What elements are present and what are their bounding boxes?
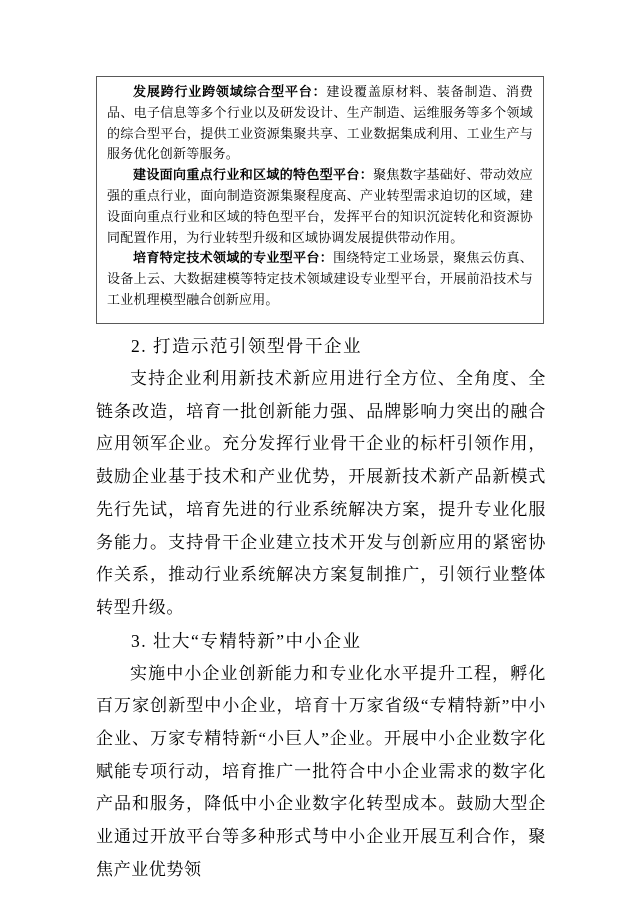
platform-types-box: 发展跨行业跨领域综合型平台：建设覆盖原材料、装备制造、消费品、电子信息等多个行业…: [96, 76, 544, 324]
section-3-body: 实施中小企业创新能力和专业化水平提升工程，孵化百万家创新型中小企业，培育十万家省…: [96, 658, 546, 887]
box-paragraph-professional-platform: 培育特定技术领域的专业型平台：围绕特定工业场景，聚焦云仿真、设备上云、大数据建模…: [107, 248, 533, 310]
box-paragraph-lead: 发展跨行业跨领域综合型平台：: [133, 84, 326, 99]
section-3-heading: 3. 壮大“专精特新”中小企业: [96, 625, 546, 658]
section-2-body: 支持企业利用新技术新应用进行全方位、全角度、全链条改造，培育一批创新能力强、品牌…: [96, 363, 546, 625]
page-number: 14: [0, 824, 640, 839]
box-paragraph-lead: 培育特定技术领域的专业型平台：: [133, 250, 333, 265]
box-paragraph-characteristic-platform: 建设面向重点行业和区域的特色型平台：聚焦数字基础好、带动效应强的重点行业，面向制…: [107, 165, 533, 248]
document-page: 发展跨行业跨领域综合型平台：建设覆盖原材料、装备制造、消费品、电子信息等多个行业…: [0, 0, 640, 905]
box-paragraph-comprehensive-platform: 发展跨行业跨领域综合型平台：建设覆盖原材料、装备制造、消费品、电子信息等多个行业…: [107, 82, 533, 165]
main-text-content: 2. 打造示范引领型骨干企业 支持企业利用新技术新应用进行全方位、全角度、全链条…: [96, 330, 546, 887]
section-2-heading: 2. 打造示范引领型骨干企业: [96, 330, 546, 363]
box-paragraph-lead: 建设面向重点行业和区域的特色型平台：: [133, 167, 373, 182]
